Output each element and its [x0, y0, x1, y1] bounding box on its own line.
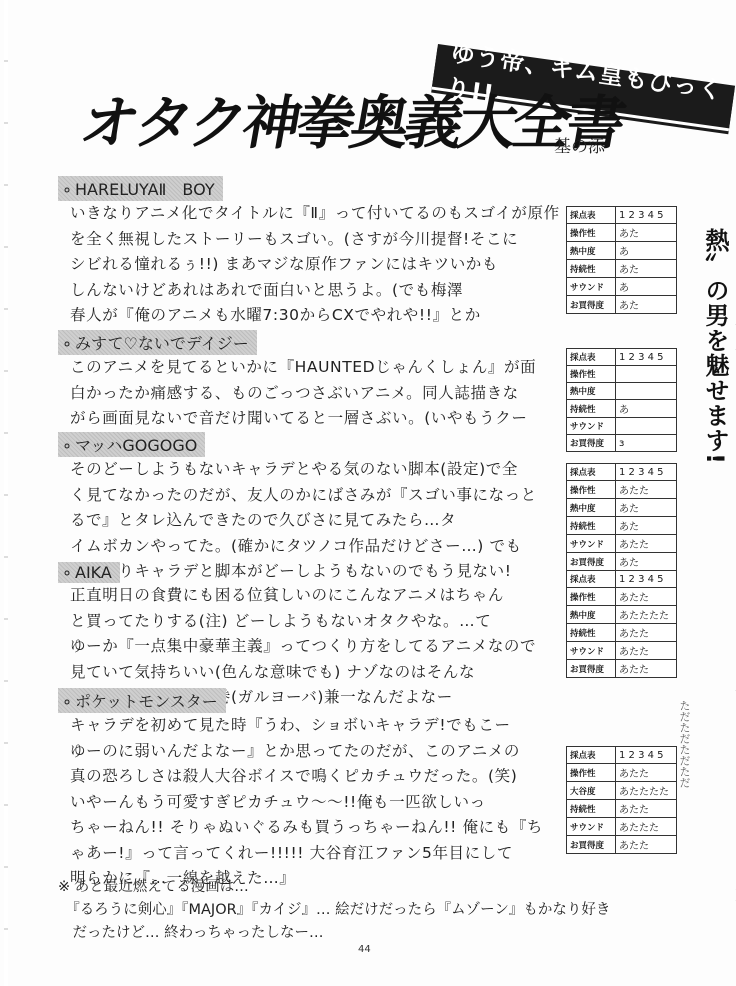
- vertical-tagline: どんな未来でも、パンチを出すのが男の生き方。次号も〝灼熱〟の男を魅せます!: [700, 228, 736, 928]
- scan-edge: [4, 0, 8, 986]
- score-table: 採点表1 2 3 4 5 操作性あたた 大谷度あたたたた 持続性あたた サウンド…: [566, 746, 677, 854]
- section-heading: みすて♡ないでデイジー: [58, 330, 257, 355]
- section-body: キャラデを初めて見た時『うわ、ショボいキャラデ!でもこー ゆーのに弱いんだよなー…: [58, 713, 568, 892]
- review-section-pokemon: ポケットモンスター キャラデを初めて見た時『うわ、ショボいキャラデ!でもこー ゆ…: [58, 688, 568, 892]
- sound-effect: ただただただただ: [676, 700, 692, 788]
- section-heading: AIKA: [58, 562, 120, 583]
- review-section-hareluya: HARELUYAⅡ BOY いきなりアニメ化でタイトルに『Ⅱ』って付いてるのもス…: [58, 176, 568, 354]
- score-table: 採点表1 2 3 4 5 操作性あたた 熱中度あた 持続性あた サウンドあたた …: [566, 463, 677, 571]
- author-signature: 基の添: [554, 132, 605, 157]
- page-title: オタク神拳奥義大全書: [75, 76, 630, 160]
- section-heading: HARELUYAⅡ BOY: [58, 176, 223, 201]
- score-table: 採点表1 2 3 4 5 操作性あたた 熱中度あたたたた 持続性あたた サウンド…: [566, 570, 677, 678]
- page-number: 44: [358, 944, 371, 955]
- score-table: 採点表1 2 3 4 5 操作性 熱中度 持続性あ サウンド お買得度з: [566, 348, 677, 452]
- score-table: 採点表1 2 3 4 5 操作性あた 熱中度あ 持続性あた サウンドあ お買得度…: [566, 206, 677, 314]
- section-heading: マッハGOGOGO: [58, 432, 205, 457]
- footnote: ※ あと最近燃えてる漫画は… 『るろうに剣心』『MAJOR』『カイジ』… 絵だけ…: [58, 876, 698, 945]
- section-heading: ポケットモンスター: [58, 688, 226, 713]
- manga-page: ゆう帝、キム皇もびっくり!! オタク神拳奥義大全書 基の添 HARELUYAⅡ …: [0, 0, 736, 986]
